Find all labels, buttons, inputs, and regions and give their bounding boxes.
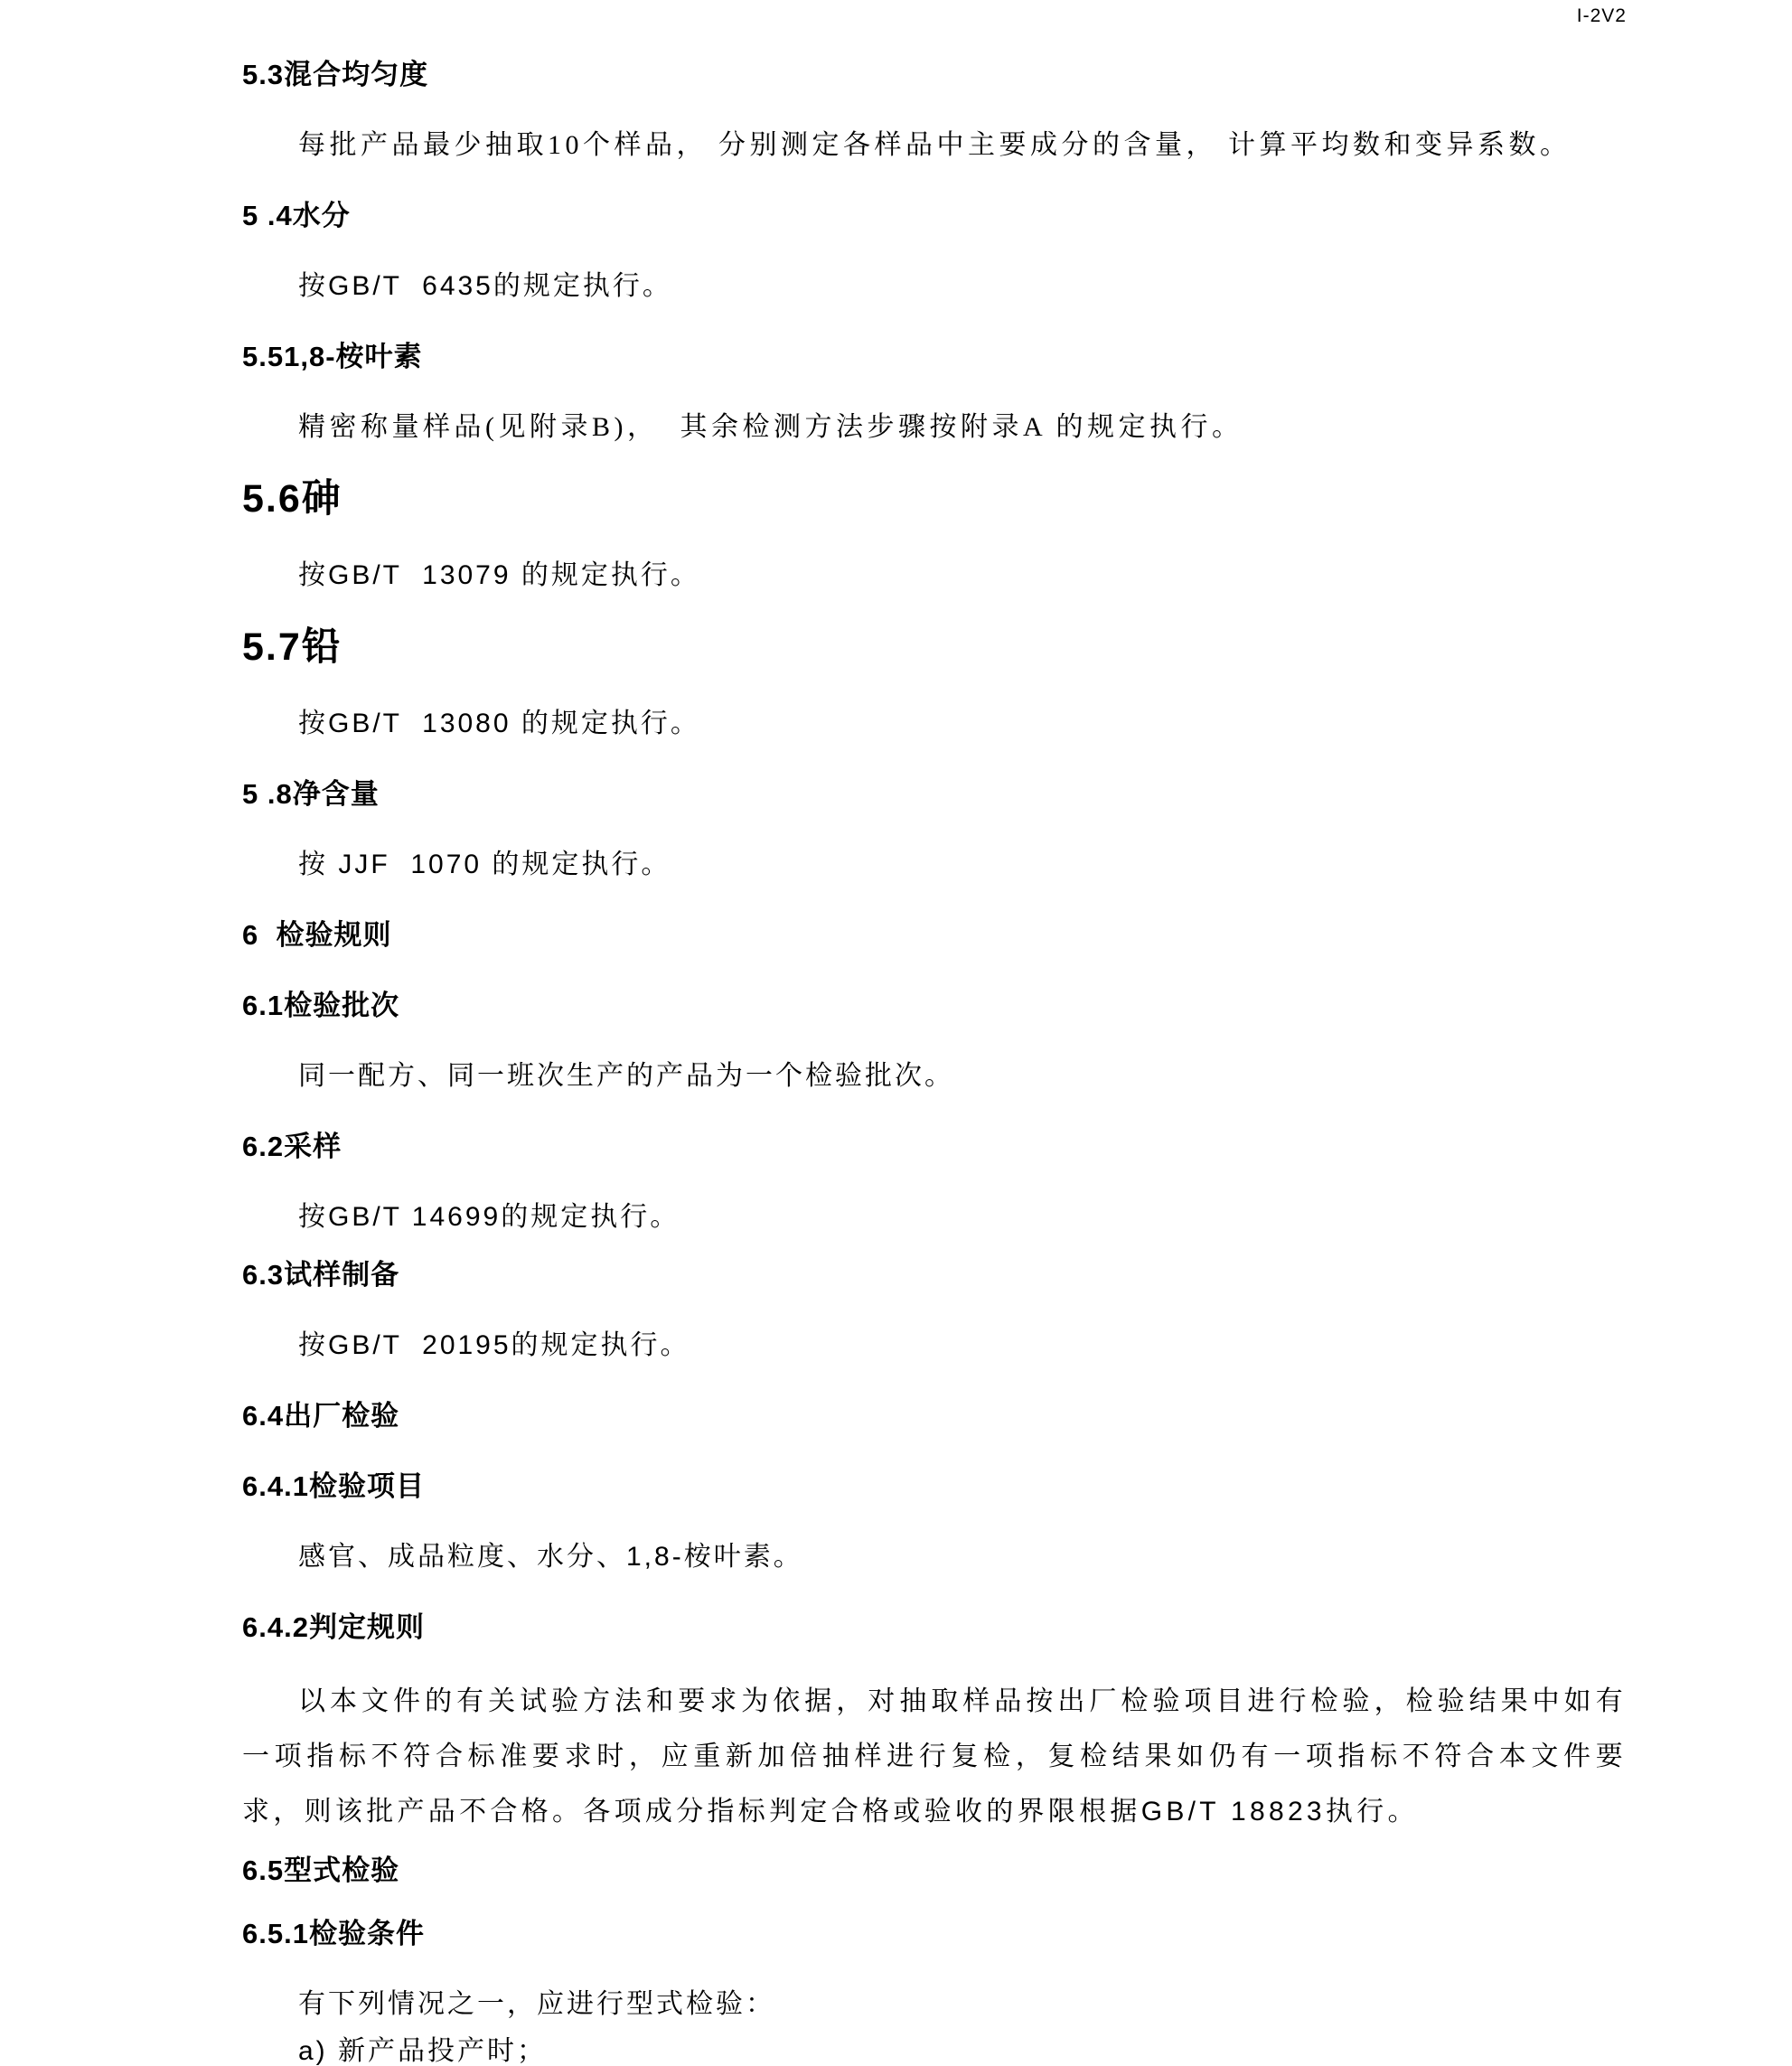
heading-6: 6 检验规则: [242, 916, 1627, 954]
heading-6-5-1: 6.5.1检验条件: [242, 1915, 1627, 1953]
heading-6-4-2: 6.4.2判定规则: [242, 1609, 1627, 1647]
paragraph-5-7: 按GB/T 13080 的规定执行。: [242, 705, 1627, 743]
paragraph-6-3: 按GB/T 20195的规定执行。: [242, 1327, 1627, 1365]
heading-6-3: 6.3试样制备: [242, 1256, 1627, 1294]
heading-5-7: 5.7铅: [242, 622, 1627, 672]
paragraph-6-5-1: 有下列情况之一，应进行型式检验：: [242, 1986, 1627, 2024]
heading-5-8: 5 .8净含量: [242, 775, 1627, 813]
paragraph-5-5: 精密称量样品(见附录B)， 其余检测方法步骤按附录A 的规定执行。: [242, 409, 1627, 446]
paragraph-5-8: 按 JJF 1070 的规定执行。: [242, 846, 1627, 884]
paragraph-6-4-1: 感官、成品粒度、水分、1,8-桉叶素。: [242, 1538, 1627, 1576]
heading-5-6: 5.6砷: [242, 474, 1627, 524]
heading-6-1: 6.1检验批次: [242, 987, 1627, 1025]
heading-5-3: 5.3混合均匀度: [242, 56, 1627, 94]
paragraph-6-4-2: 以本文件的有关试验方法和要求为依据，对抽取样品按出厂检验项目进行检验，检验结果中…: [242, 1674, 1627, 1839]
paragraph-6-1: 同一配方、同一班次生产的产品为一个检验批次。: [242, 1057, 1627, 1095]
heading-6-4-1: 6.4.1检验项目: [242, 1468, 1627, 1506]
paragraph-5-3: 每批产品最少抽取10个样品， 分别测定各样品中主要成分的含量， 计算平均数和变异…: [242, 127, 1627, 164]
paragraph-5-6: 按GB/T 13079 的规定执行。: [242, 557, 1627, 595]
heading-6-5: 6.5型式检验: [242, 1852, 1627, 1890]
page-code: I-2V2: [242, 5, 1627, 27]
document-page: I-2V2 5.3混合均匀度 每批产品最少抽取10个样品， 分别测定各样品中主要…: [0, 0, 1792, 2066]
paragraph-6-2: 按GB/T 14699的规定执行。: [242, 1198, 1627, 1236]
paragraph-5-4: 按GB/T 6435的规定执行。: [242, 268, 1627, 305]
list-item-a: a) 新产品投产时；: [242, 2033, 1627, 2066]
heading-5-4: 5 .4水分: [242, 197, 1627, 235]
heading-6-2: 6.2采样: [242, 1128, 1627, 1166]
heading-6-4: 6.4出厂检验: [242, 1397, 1627, 1435]
heading-5-5: 5.51,8-桉叶素: [242, 338, 1627, 376]
